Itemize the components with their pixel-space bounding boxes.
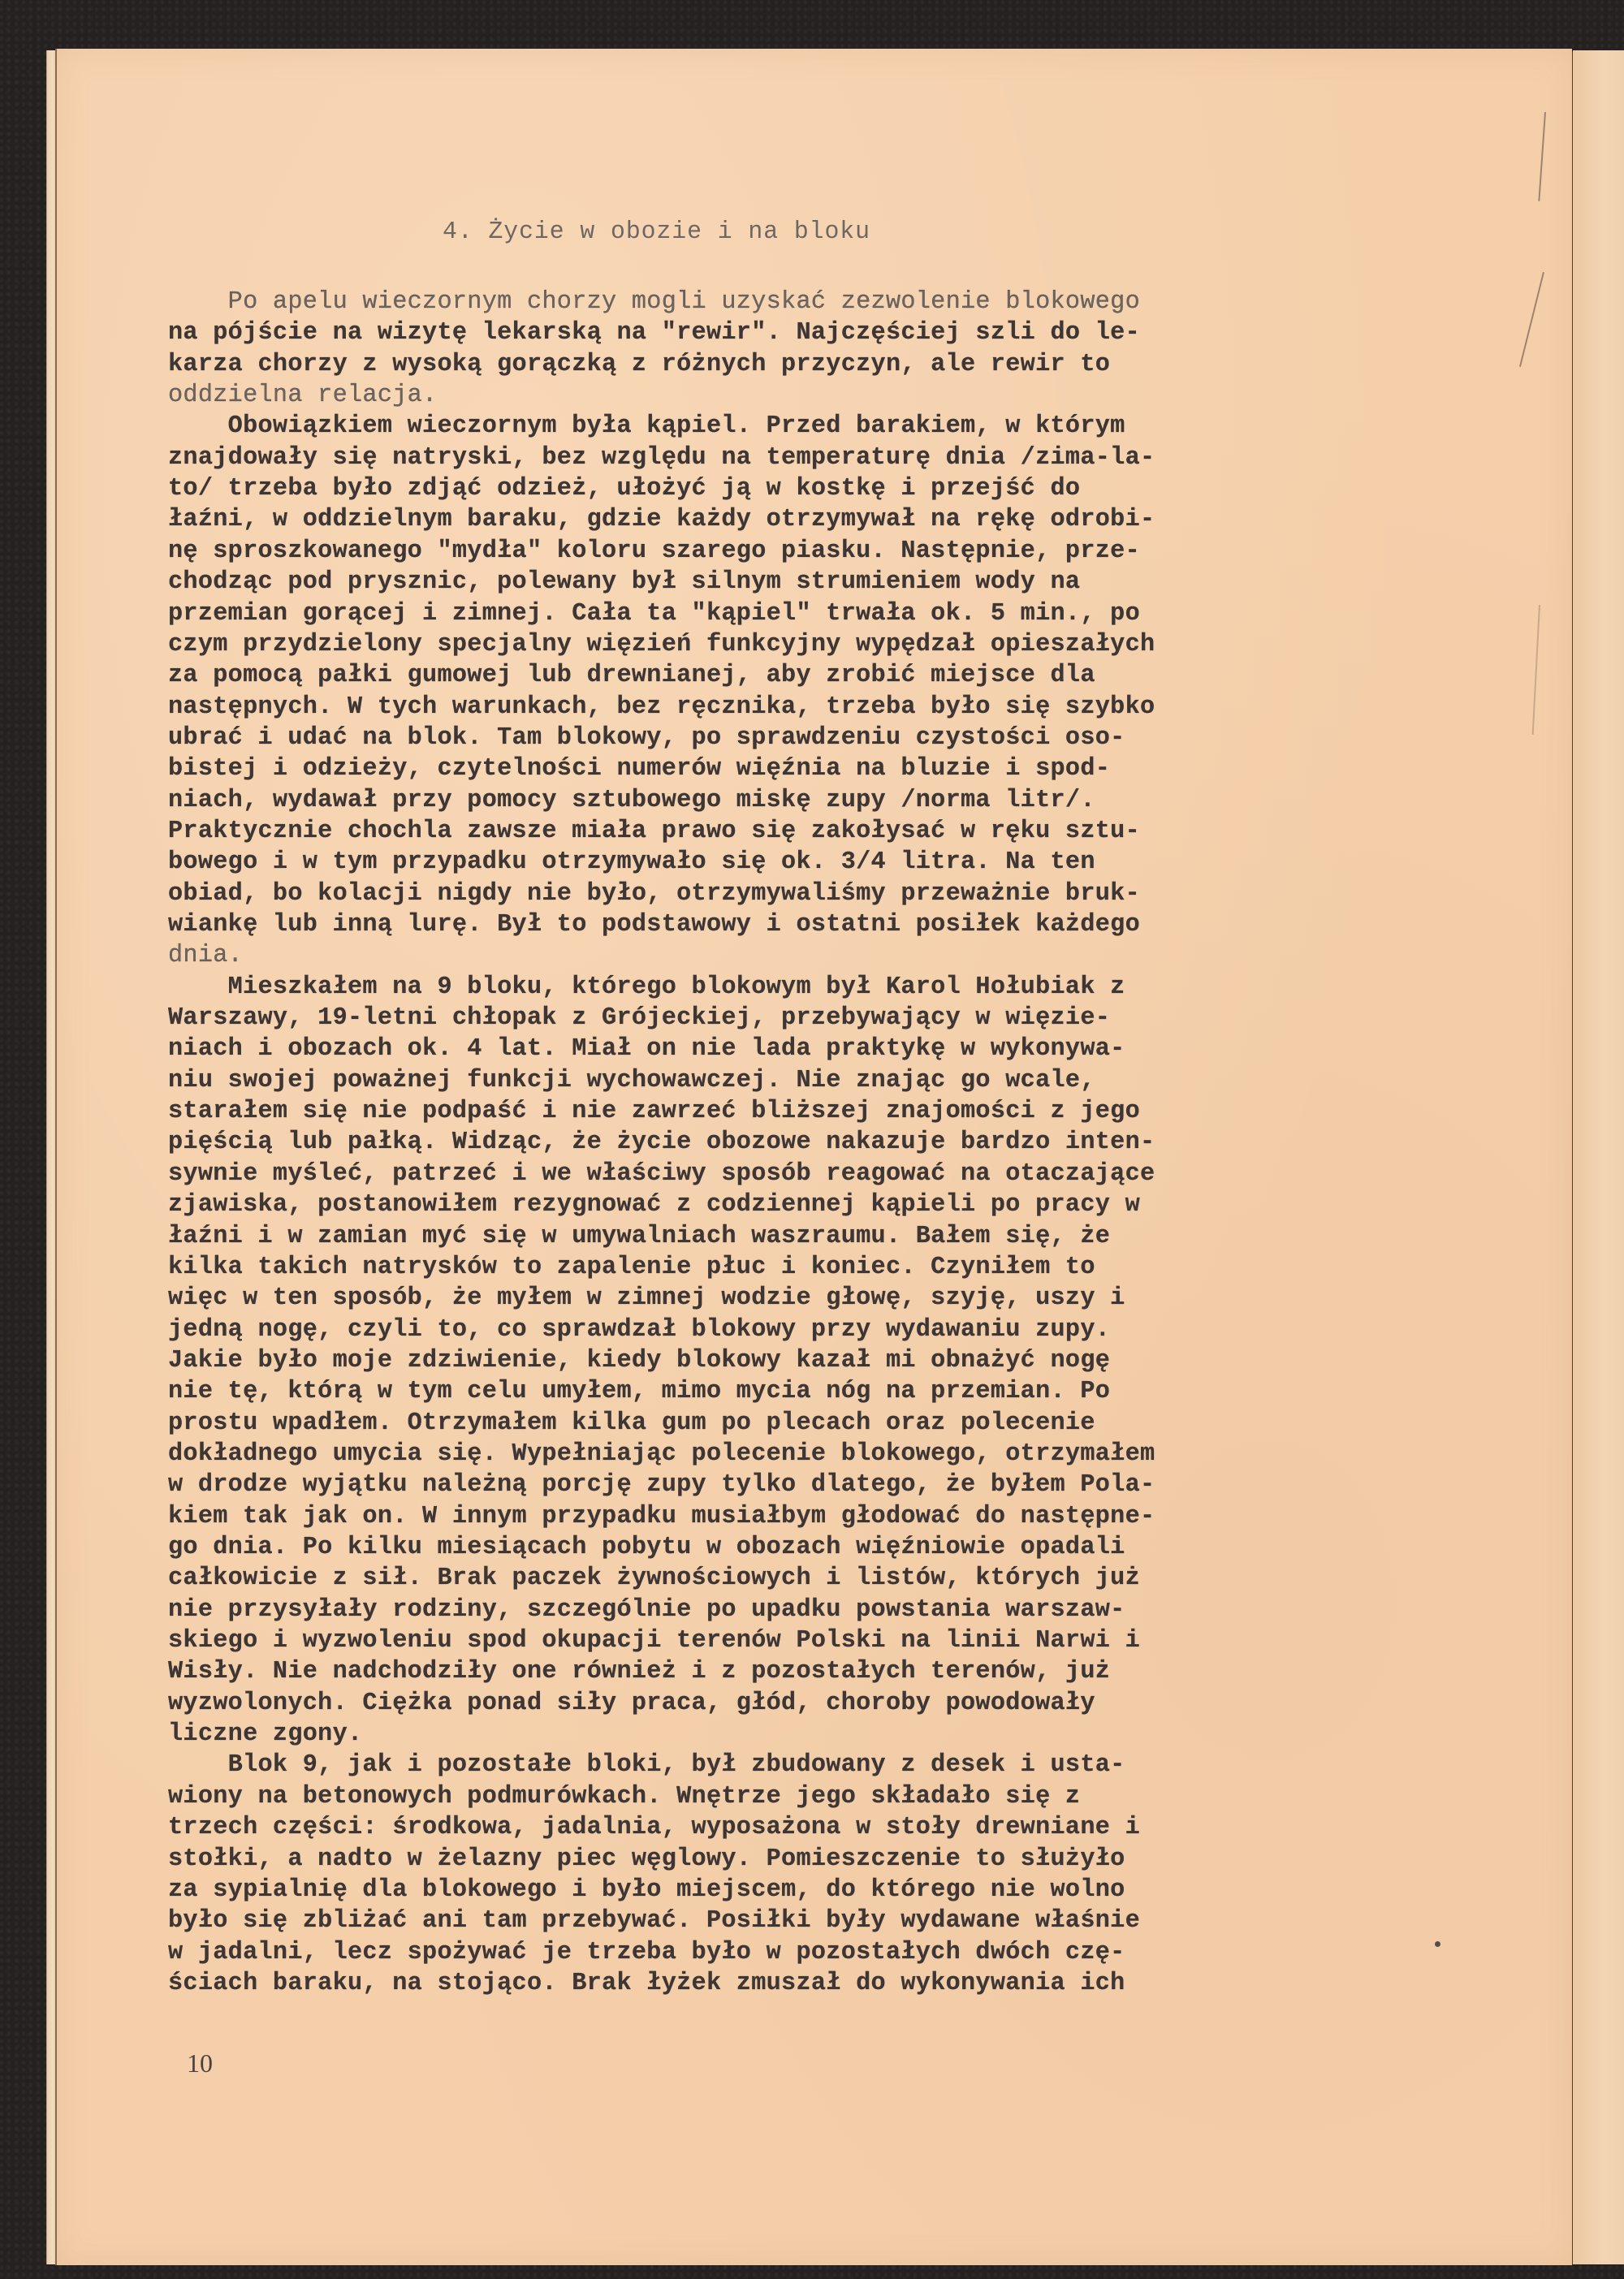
text-line: wiankę lub inną lurę. Był to podstawowy … [168, 909, 1140, 940]
text-line: Wisły. Nie nadchodziły one również i z p… [168, 1656, 1110, 1687]
text-line: trzech części: środkowa, jadalnia, wypos… [168, 1812, 1140, 1843]
text-line: dokładnego umycia się. Wypełniając polec… [168, 1439, 1155, 1470]
text-line: nę sproszkowanego "mydła" koloru szarego… [168, 536, 1140, 567]
text-line: kilka takich natrysków to zapalenie płuc… [168, 1252, 1095, 1283]
text-line: chodząc pod prysznic, polewany był silny… [168, 567, 1080, 598]
text-line: Jakie było moje zdziwienie, kiedy blokow… [168, 1345, 1110, 1376]
text-line: niach i obozach ok. 4 lat. Miał on nie l… [168, 1034, 1125, 1064]
text-line: za sypialnię dla blokowego i było miejsc… [168, 1875, 1125, 1906]
text-line: bowego i w tym przypadku otrzymywało się… [168, 847, 1095, 878]
adjacent-page-edge [1573, 50, 1624, 2264]
text-line: ściach baraku, na stojąco. Brak łyżek zm… [168, 1968, 1125, 1999]
text-line: obiad, bo kolacji nigdy nie było, otrzym… [168, 878, 1140, 909]
text-line: więc w ten sposób, że myłem w zimnej wod… [168, 1283, 1125, 1314]
text-line: liczne zgony. [168, 1719, 362, 1750]
text-line: w drodze wyjątku należną porcję zupy tyl… [168, 1470, 1155, 1500]
text-line: ubrać i udać na blok. Tam blokowy, po sp… [168, 723, 1125, 753]
text-line: Mieszkałem na 9 bloku, którego blokowym … [168, 972, 1125, 1003]
text-line: Praktycznie chochla zawsze miała prawo s… [168, 816, 1140, 847]
text-line: stołki, a nadto w żelazny piec węglowy. … [168, 1844, 1125, 1875]
page-number: 10 [187, 2048, 213, 2078]
text-line: na pójście na wizytę lekarską na "rewir"… [168, 317, 1140, 348]
text-line: znajdowały się natryski, bez względu na … [168, 442, 1155, 473]
text-line: zjawiska, postanowiłem rezygnować z codz… [168, 1189, 1140, 1220]
text-line: karza chorzy z wysoką gorączką z różnych… [168, 349, 1110, 380]
text-line: go dnia. Po kilku miesiącach pobytu w ob… [168, 1532, 1125, 1563]
text-line: łaźni i w zamian myć się w umywalniach w… [168, 1221, 1110, 1252]
text-line: wyzwolonych. Ciężka ponad siły praca, gł… [168, 1688, 1095, 1719]
text-line: łaźni, w oddzielnym baraku, gdzie każdy … [168, 504, 1155, 535]
text-line: Warszawy, 19-letni chłopak z Grójeckiej,… [168, 1003, 1110, 1034]
text-line: nie tę, którą w tym celu umyłem, mimo my… [168, 1376, 1110, 1407]
ink-dot [1435, 1941, 1440, 1947]
text-line: w jadalni, lecz spożywać je trzeba było … [168, 1937, 1125, 1968]
text-line: przemian gorącej i zimnej. Cała ta "kąpi… [168, 598, 1140, 629]
section-title: 4. Życie w obozie i na bloku [443, 218, 870, 246]
text-line: Po apelu wieczornym chorzy mogli uzyskać… [168, 287, 1140, 317]
text-line: starałem się nie podpaść i nie zawrzeć b… [168, 1096, 1140, 1127]
text-line: niach, wydawał przy pomocy sztubowego mi… [168, 785, 1095, 816]
text-line: wiony na betonowych podmurówkach. Wnętrz… [168, 1781, 1080, 1812]
text-line: skiego i wyzwoleniu spod okupacji terenó… [168, 1625, 1140, 1656]
text-line: pięścią lub pałką. Widząc, że życie oboz… [168, 1127, 1155, 1158]
text-line: Obowiązkiem wieczornym była kąpiel. Prze… [168, 411, 1125, 442]
text-line: to/ trzeba było zdjąć odzież, ułożyć ją … [168, 473, 1080, 504]
text-line: dnia. [168, 940, 243, 971]
text-line: czym przydzielony specjalny więzień funk… [168, 629, 1155, 660]
text-line: było się zbliżać ani tam przebywać. Posi… [168, 1906, 1140, 1936]
text-line: nie przysyłały rodziny, szczególnie po u… [168, 1595, 1125, 1625]
text-line: całkowicie z sił. Brak paczek żywnościow… [168, 1563, 1140, 1594]
text-line: sywnie myśleć, patrzeć i we właściwy spo… [168, 1159, 1155, 1189]
text-line: jedną nogę, czyli to, co sprawdzał bloko… [168, 1314, 1110, 1345]
text-line: niu swojej poważnej funkcji wychowawczej… [168, 1065, 1095, 1096]
text-line: oddzielna relacja. [168, 380, 437, 411]
text-line: prostu wpadłem. Otrzymałem kilka gum po … [168, 1408, 1095, 1439]
text-line: następnych. W tych warunkach, bez ręczni… [168, 692, 1155, 723]
text-line: bistej i odzieży, czytelności numerów wi… [168, 753, 1110, 784]
text-line: kiem tak jak on. W innym przypadku musia… [168, 1501, 1155, 1532]
text-line: za pomocą pałki gumowej lub drewnianej, … [168, 660, 1095, 691]
text-line: Blok 9, jak i pozostałe bloki, był zbudo… [168, 1750, 1125, 1780]
